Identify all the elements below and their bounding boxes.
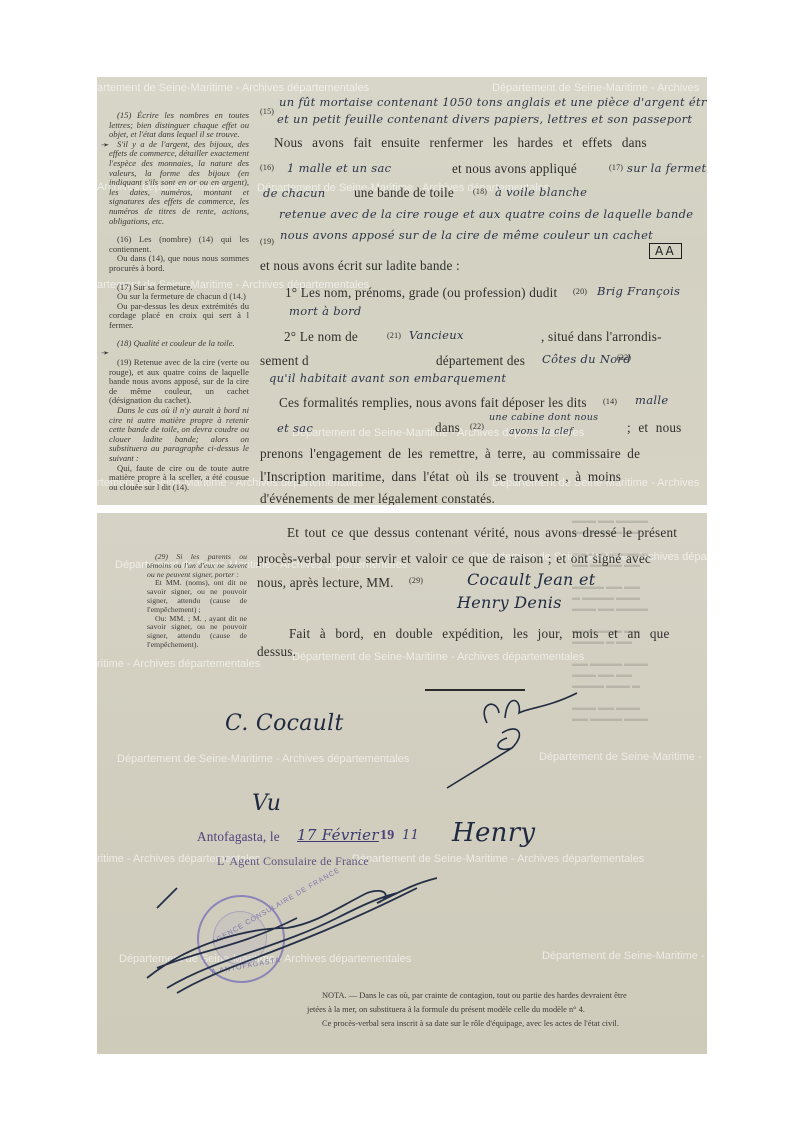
handwritten-wax-line1: retenue avec de la cire rouge et aux qua… <box>279 207 693 221</box>
text-written-on-band: et nous avons écrit sur ladite bande : <box>260 258 460 274</box>
text-canvas-band: une bande de toile <box>354 185 454 201</box>
note-19c: Qui, faute de cire ou de toute autre mat… <box>109 464 249 493</box>
ref-16: (16) <box>260 163 274 172</box>
handwritten-deceased-name: Brig François <box>597 284 680 298</box>
handwritten-commune: Vancieux <box>409 328 464 342</box>
margin-arrow-icon: ➛ <box>101 140 109 151</box>
document-scan-bottom: Département de Seine-Maritime - Archives… <box>97 513 707 1054</box>
note-18: (18) Qualité et couleur de la toile. <box>109 339 249 349</box>
handwritten-witness-2: Henry Denis <box>457 593 562 612</box>
watermark: ritime - Archives départementales <box>97 658 260 670</box>
signature-captain-icon <box>427 683 627 793</box>
text-sea-events: d'événements de mer légalement constatés… <box>260 491 495 505</box>
watermark: Département de Seine-Maritime - Archives… <box>117 753 409 765</box>
margin-notes-top: (15) Écrire les nombres en toutes lettre… <box>109 111 249 492</box>
note-16a: (16) Les (nombre) (14) qui les contienne… <box>109 235 249 254</box>
watermark: Département de Seine-Maritime - Archives… <box>292 651 584 663</box>
handwritten-cabin-line2: avons la clef <box>509 426 573 437</box>
text-dans: dans <box>435 420 460 436</box>
consul-title: L' Agent Consulaire de France <box>217 854 369 869</box>
note-19b: Dans le cas où il n'y aurait à bord ni c… <box>109 406 249 464</box>
text-done-aboard: Fait à bord, en double expédition, les j… <box>289 626 670 642</box>
note-19a: (19) Retenue avec de la cire (verte ou r… <box>109 358 249 406</box>
item-2-name: 2° Le nom de <box>284 329 358 345</box>
ref-14: (14) <box>603 397 617 406</box>
note-17c: Ou par-dessus les deux extrémités du cor… <box>109 302 249 331</box>
handwritten-bag: et sac <box>277 421 313 435</box>
document-scan-top: artement de Seine-Maritime - Archives dé… <box>97 77 707 505</box>
handwritten-residence: qu'il habitait avant son embarquement <box>269 371 506 385</box>
nota-line-3: Ce procès-verbal sera inscrit à sa date … <box>322 1018 619 1030</box>
note-15a: (15) Écrire les nombres en toutes lettre… <box>109 111 249 140</box>
handwritten-closure: sur la fermeture <box>627 161 707 175</box>
watermark: Département de Seine-Maritime - Archives <box>492 82 699 94</box>
seal-mark-box: AA <box>649 243 682 259</box>
note-29b: Et MM. (noms), ont dit ne savoir signer,… <box>147 579 247 614</box>
nota-line-1: NOTA. — Dans le cas où, par crainte de c… <box>322 990 627 1002</box>
item-1-name: 1° Les nom, prénoms, grade (ou professio… <box>285 285 557 301</box>
text-in-witness: Et tout ce que dessus contenant vérité, … <box>287 525 677 541</box>
text-after-reading: nous, après lecture, MM. <box>257 575 394 591</box>
handwritten-witness-1: Cocault Jean et <box>467 570 596 589</box>
handwritten-effects-line2: et un petit feuille contenant divers pap… <box>277 112 692 126</box>
signature-cocault: C. Cocault <box>225 711 344 736</box>
handwritten-containers: 1 malle et un sac <box>287 161 391 175</box>
text-dessus: dessus. <box>257 644 296 660</box>
note-29c: Ou: MM. ; M. , ayant dit ne savoir signe… <box>147 615 247 650</box>
ref-29: (29) <box>409 576 423 585</box>
paragraph-enclose: Nous avons fait ensuite renfermer les ha… <box>274 135 647 151</box>
watermark: Département de Seine-Maritime - <box>542 950 705 962</box>
ref-18: (18) <box>473 187 487 196</box>
note-29a: (29) Si les parents ou témoins ou l'un d… <box>147 553 247 579</box>
text-departement: département des <box>436 353 525 369</box>
text-proces-verbal: procès-verbal pour servir et valoir ce q… <box>257 551 651 567</box>
ref-15: (15) <box>260 107 274 116</box>
ref-22b: (22) <box>470 422 484 431</box>
text-undertaking: prenons l'engagement de les remettre, à … <box>260 446 640 462</box>
text-inscription: l'Inscription maritime, dans l'état où i… <box>260 469 621 485</box>
handwritten-date: 17 Février <box>297 826 379 844</box>
signature-henry: Henry <box>452 818 535 848</box>
text-sement: sement d <box>260 353 309 369</box>
handwritten-year: 11 <box>402 828 419 843</box>
ref-19: (19) <box>260 237 274 246</box>
ref-22: (22) <box>617 353 631 362</box>
note-16b: Ou dans (14), que nous nous sommes procu… <box>109 254 249 273</box>
margin-note-signatures: (29) Si les parents ou témoins ou l'un d… <box>147 553 247 650</box>
handwritten-trunk: malle <box>635 393 668 407</box>
handwritten-effects-line1: un fût mortaise contenant 1050 tons angl… <box>279 95 707 109</box>
signature-vu: Vu <box>252 791 281 816</box>
ref-20: (20) <box>573 287 587 296</box>
place-label: Antofagasta, le <box>197 829 280 845</box>
ref-17: (17) <box>609 163 623 172</box>
text-and-we: ; et nous <box>627 420 682 436</box>
note-15b: S'il y a de l'argent, des bijoux, des ef… <box>109 140 249 226</box>
ref-21: (21) <box>387 331 401 340</box>
text-arrondissement: , situé dans l'arrondis- <box>541 329 662 345</box>
text-formalities: Ces formalités remplies, nous avons fait… <box>279 395 587 411</box>
nota-line-2: jetées à la mer, on substituera à la for… <box>307 1004 585 1016</box>
handwritten-each: de chacun <box>263 186 325 200</box>
margin-arrow-icon: ➛ <box>101 348 109 359</box>
handwritten-died-aboard: mort à bord <box>289 304 362 318</box>
handwritten-canvas: à voile blanche <box>495 185 587 199</box>
year-prefix: 19 <box>380 828 394 844</box>
text-applied: et nous avons appliqué <box>452 161 577 177</box>
watermark: artement de Seine-Maritime - Archives dé… <box>97 82 369 94</box>
signature-consul-icon <box>137 868 457 1008</box>
handwritten-cabin-line1: une cabine dont nous <box>489 412 598 423</box>
handwritten-wax-line2: nous avons apposé sur de la cire de même… <box>280 228 653 242</box>
